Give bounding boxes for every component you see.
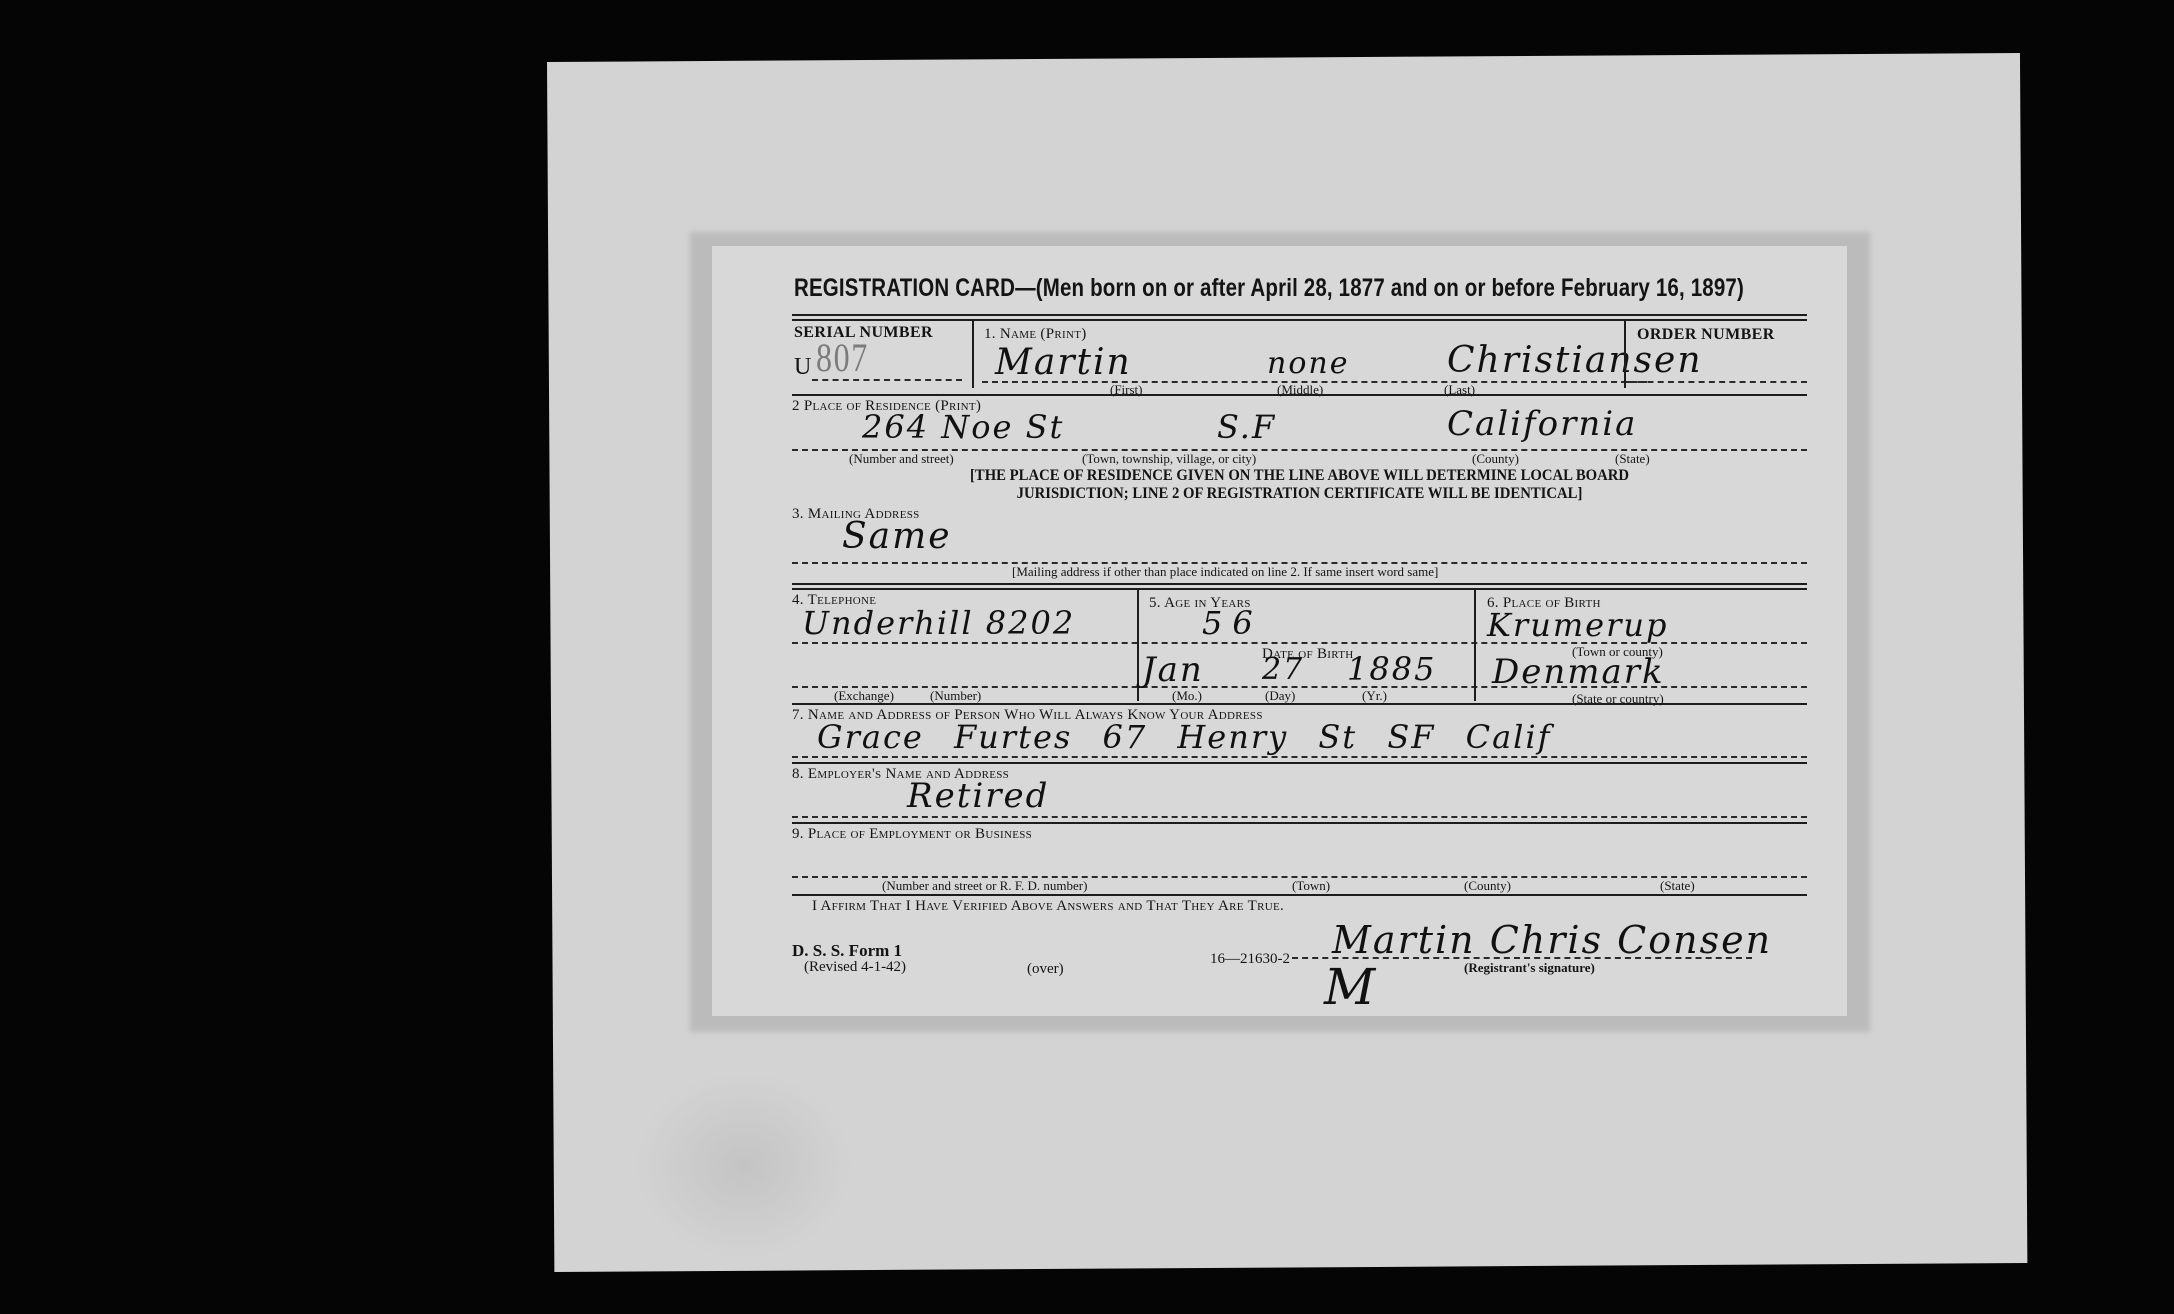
paper-stain [633, 1070, 854, 1261]
field-line [812, 379, 962, 381]
divider [792, 319, 1807, 321]
column-divider [1137, 589, 1139, 701]
divider [792, 822, 1807, 824]
mailing-address-value: Same [842, 516, 952, 557]
form-id: D. S. S. Form 1 [792, 941, 902, 961]
caption-year: (Yr.) [1362, 688, 1387, 704]
caption-emp-state: (State) [1660, 878, 1695, 894]
divider [792, 588, 1807, 590]
jurisdiction-notice-line1: [THE PLACE OF RESIDENCE GIVEN ON THE LIN… [833, 467, 1767, 485]
column-divider [1474, 589, 1476, 701]
caption-emp-street: (Number and street or R. F. D. number) [882, 878, 1087, 894]
divider [792, 703, 1807, 705]
caption-month: (Mo.) [1172, 688, 1202, 704]
caption-number: (Number) [930, 688, 981, 704]
name-middle-value: none [1267, 346, 1349, 381]
caption-town: (Town, township, village, or city) [1082, 451, 1256, 467]
dob-year-value: 1885 [1347, 650, 1436, 688]
divider [792, 394, 1807, 396]
caption-street: (Number and street) [849, 451, 954, 467]
contact-person-value: Grace Furtes 67 Henry St SF Calif [817, 718, 1551, 756]
divider [792, 583, 1807, 585]
jurisdiction-notice-line2: JURISDICTION; LINE 2 OF REGISTRATION CER… [833, 485, 1767, 503]
name-last-value: Christiansen [1447, 340, 1703, 381]
column-divider [972, 320, 974, 388]
print-code: 16—21630-2 [1210, 951, 1290, 968]
residence-street-value: 264 Noe St [862, 408, 1064, 446]
employer-value: Retired [907, 776, 1049, 816]
over-note: (over) [1027, 961, 1064, 978]
registration-card: REGISTRATION CARD—(Men born on or after … [712, 246, 1847, 1016]
divider [792, 762, 1807, 764]
card-title: REGISTRATION CARD—(Men born on or after … [794, 274, 1744, 303]
order-number-label: ORDER NUMBER [1637, 326, 1775, 344]
field-line [792, 756, 1807, 758]
dob-month-value: Jan [1142, 650, 1204, 690]
mailing-address-caption: [Mailing address if other than place ind… [1012, 564, 1438, 580]
residence-state-value: California [1447, 404, 1637, 444]
telephone-value: Underhill 8202 [802, 604, 1075, 642]
signature-caption: (Registrant's signature) [1464, 960, 1595, 976]
affirmation-text: I Affirm That I Have Verified Above Answ… [812, 898, 1284, 915]
caption-state: (State) [1615, 451, 1650, 467]
divider [792, 894, 1807, 896]
caption-emp-town: (Town) [1292, 878, 1330, 894]
divider [792, 314, 1807, 316]
residence-town-value: S.F [1217, 408, 1276, 446]
caption-county: (County) [1472, 451, 1519, 467]
employment-place-label: 9. Place of Employment or Business [792, 826, 1032, 843]
dob-day-value: 27 [1262, 652, 1304, 687]
age-value: 56 [1202, 604, 1263, 642]
caption-day: (Day) [1265, 688, 1295, 704]
mark-initial: M [1324, 958, 1377, 1016]
caption-emp-county: (County) [1464, 878, 1511, 894]
form-revised: (Revised 4-1-42) [804, 959, 906, 976]
field-line [1627, 381, 1807, 383]
name-label: 1. Name (Print) [984, 326, 1087, 343]
name-first-value: Martin [995, 342, 1132, 383]
serial-number-value: 807 [816, 334, 869, 381]
birth-town-value: Krumerup [1487, 606, 1668, 644]
serial-prefix: U [794, 354, 811, 381]
registrant-signature: Martin Chris Consen [1332, 918, 1772, 962]
field-line [792, 816, 1807, 818]
column-divider [1624, 320, 1626, 388]
caption-exchange: (Exchange) [834, 688, 894, 704]
birth-country-value: Denmark [1492, 652, 1665, 692]
